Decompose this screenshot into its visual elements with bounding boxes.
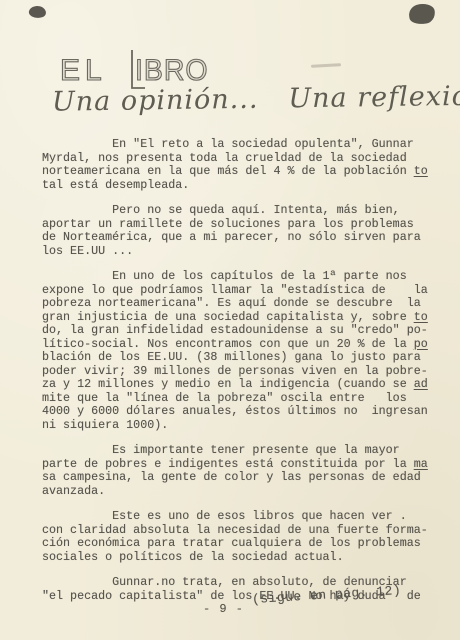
title-word-ibro: IBRO <box>135 54 208 88</box>
text-line: sa campesina, la gente de color y las pe… <box>42 471 428 485</box>
subtitle-part-1: Una opinión... <box>52 84 259 118</box>
text-line: poder vivir; 39 millones de personas viv… <box>42 365 428 379</box>
text-line: mite que la "línea de la pobreza" oscila… <box>42 392 428 406</box>
text-line: parte de pobres e indigentes está consti… <box>42 458 428 472</box>
text-line: Myrdal, nos presenta toda la crueldad de… <box>42 152 428 166</box>
text-line: 4000 y 6000 dólares anuales, éstos últim… <box>42 405 428 419</box>
text-line: do, la gran infidelidad estadounidense a… <box>42 324 428 338</box>
text-line: za y 12 millones y medio en la indigenci… <box>42 378 428 392</box>
text-line: aportar un ramillete de soluciones para … <box>42 218 428 232</box>
text-line: Pero no se queda aquí. Intenta, más bien… <box>42 204 428 218</box>
text-line: blación de los EE.UU. (38 millones) gana… <box>42 351 428 365</box>
paragraph: En "El reto a la sociedad opulenta", Gun… <box>42 138 428 192</box>
text-line: gran injusticia de una sociedad capitali… <box>42 311 428 325</box>
scanned-document-page: EL IBRO Una opinión... Una reflexión En … <box>0 0 460 640</box>
page-number: - 9 - <box>203 602 244 616</box>
text-line: con claridad absoluta la necesidad de un… <box>42 524 428 538</box>
text-line: avanzada. <box>42 485 428 499</box>
ink-smudge-top-left <box>28 4 47 19</box>
ink-smudge-top-right <box>408 2 437 25</box>
title-word-el: EL <box>60 54 107 88</box>
section-subtitle: Una opinión... Una reflexión <box>52 81 432 117</box>
text-line: tal está desempleada. <box>42 179 428 193</box>
pencil-mark <box>311 63 341 68</box>
text-line: pobreza norteamericana". Es aquí donde s… <box>42 297 428 311</box>
text-line: expone lo que podríamos llamar la "estad… <box>42 284 428 298</box>
text-line: En "El reto a la sociedad opulenta", Gun… <box>42 138 428 152</box>
subtitle-part-2: Una reflexión <box>288 81 460 115</box>
text-line: Este es uno de esos libros que hacen ver… <box>42 510 428 524</box>
text-line: ción económica para tratar cualquiera de… <box>42 537 428 551</box>
text-line: de Norteamérica, que a mi parecer, no só… <box>42 231 428 245</box>
text-line: norteamericana en la que más del 4 % de … <box>42 165 428 179</box>
paragraph: Es importante tener presente que la mayo… <box>42 444 428 498</box>
document-body: En "El reto a la sociedad opulenta", Gun… <box>42 138 428 615</box>
text-line: sociales o políticos de la sociedad actu… <box>42 551 428 565</box>
text-line: En uno de los capítulos de la 1ª parte n… <box>42 270 428 284</box>
paragraph: En uno de los capítulos de la 1ª parte n… <box>42 270 428 432</box>
text-line: ni siquiera 1000). <box>42 419 428 433</box>
text-line: lítico-social. Nos encontramos con que u… <box>42 338 428 352</box>
text-line: Es importante tener presente que la mayo… <box>42 444 428 458</box>
paragraph: Este es uno de esos libros que hacen ver… <box>42 510 428 564</box>
paragraph: Pero no se queda aquí. Intenta, más bien… <box>42 204 428 258</box>
text-line: los EE.UU ... <box>42 245 428 259</box>
